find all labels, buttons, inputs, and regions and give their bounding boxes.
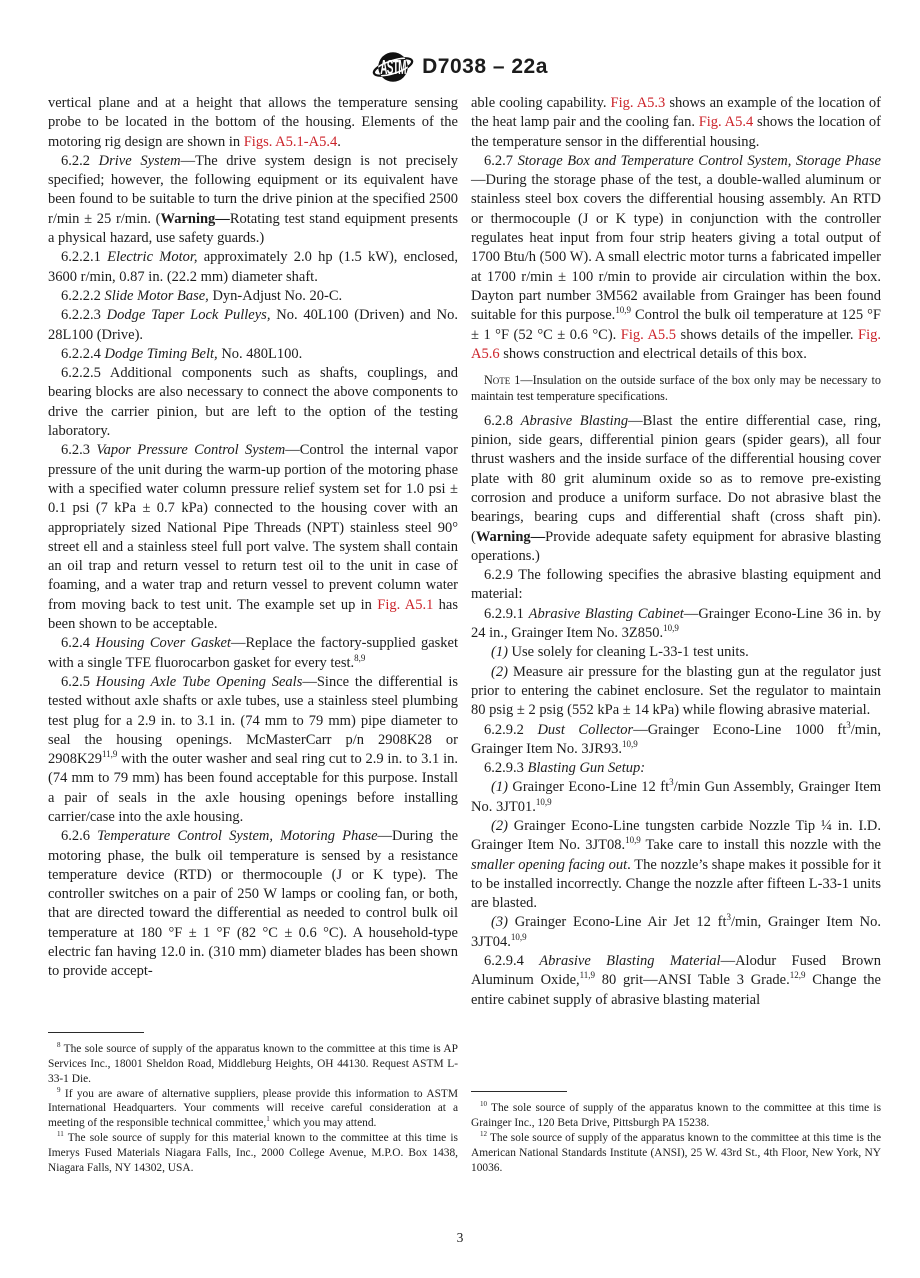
text-run: 6.2.5 — [61, 674, 96, 690]
footnote: 10 The sole source of supply of the appa… — [471, 1101, 881, 1131]
text-run: Drive System — [99, 153, 181, 169]
paragraph: 6.2.2.5 Additional components such as sh… — [48, 364, 458, 441]
text-run: (2) — [491, 664, 508, 680]
text-run: 10,9 — [622, 739, 638, 749]
text-run: Note — [484, 373, 510, 387]
text-run: Dodge Taper Lock Pulleys, — [107, 307, 271, 323]
footnote: 12 The sole source of supply of the appa… — [471, 1131, 881, 1176]
text-run: Blasting Gun Setup: — [528, 760, 646, 776]
page-number: 3 — [0, 1230, 920, 1246]
text-run: Grainger Econo-Line Air Jet 12 ft — [508, 914, 727, 930]
footnote: 8 The sole source of supply of the appar… — [48, 1042, 458, 1087]
text-run: Temperature Control System, Motoring Pha… — [97, 828, 377, 844]
text-run: Grainger Econo-Line 12 ft — [508, 779, 669, 795]
paragraph: (2) Measure air pressure for the blastin… — [471, 663, 881, 721]
text-run: Electric Motor, — [107, 249, 197, 265]
paragraph: (1) Grainger Econo-Line 12 ft3/min Gun A… — [471, 778, 881, 817]
text-run: 6.2.7 — [484, 153, 518, 169]
figure-link[interactable]: Fig. A5.4 — [699, 114, 754, 130]
text-run: Abrasive Blasting Cabinet — [529, 606, 684, 622]
text-run: 10,9 — [536, 797, 552, 807]
text-run: 6.2.2 — [61, 153, 99, 169]
text-run: Slide Motor Base, — [105, 288, 209, 304]
paragraph: 6.2.2.3 Dodge Taper Lock Pulleys, No. 40… — [48, 306, 458, 345]
paragraph: 6.2.4 Housing Cover Gasket—Replace the f… — [48, 634, 458, 673]
text-run: The sole source of supply of the apparat… — [471, 1132, 881, 1174]
text-run: Abrasive Blasting Material — [539, 953, 720, 969]
paragraph: (3) Grainger Econo-Line Air Jet 12 ft3/m… — [471, 913, 881, 952]
paragraph: 6.2.2.2 Slide Motor Base, Dyn-Adjust No.… — [48, 287, 458, 306]
right-column: able cooling capability. Fig. A5.3 shows… — [471, 94, 881, 1176]
svg-text:ASTM: ASTM — [380, 57, 406, 78]
text-run: If you are aware of alternative supplier… — [48, 1088, 458, 1130]
text-run: Dyn-Adjust No. 20-C. — [209, 288, 342, 304]
text-run: —During the motoring phase, the bulk oil… — [48, 828, 458, 979]
paragraph: 6.2.9.1 Abrasive Blasting Cabinet—Graing… — [471, 605, 881, 644]
paragraph: (1) Use solely for cleaning L-33-1 test … — [471, 643, 881, 662]
paragraph: able cooling capability. Fig. A5.3 shows… — [471, 94, 881, 152]
text-run: —Grainger Econo-Line 1000 ft — [633, 722, 846, 738]
paragraph: 6.2.3 Vapor Pressure Control System—Cont… — [48, 441, 458, 634]
text-run: —Blast the entire differential case, rin… — [471, 413, 881, 545]
text-run: —Control the internal vapor pressure of … — [48, 442, 458, 612]
text-run: with the outer washer and seal ring cut … — [48, 751, 458, 825]
paragraph: 6.2.2.1 Electric Motor, approximately 2.… — [48, 248, 458, 287]
text-run: 1—Insulation on the outside surface of t… — [471, 373, 881, 403]
paragraph: 6.2.8 Abrasive Blasting—Blast the entire… — [471, 412, 881, 566]
text-run: (2) — [491, 818, 508, 834]
paragraph: 6.2.2 Drive System—The drive system desi… — [48, 152, 458, 248]
paragraph: vertical plane and at a height that allo… — [48, 94, 458, 152]
text-run: (1) — [491, 779, 508, 795]
text-run: 6.2.2.3 — [61, 307, 107, 323]
text-run: 6.2.2.5 Additional components such as sh… — [48, 365, 458, 439]
text-run: 6.2.9.3 — [484, 760, 528, 776]
text-run: smaller opening facing out — [471, 857, 627, 873]
paragraph: 6.2.9.4 Abrasive Blasting Material—Alodu… — [471, 952, 881, 1010]
paragraph: 6.2.9.2 Dust Collector—Grainger Econo-Li… — [471, 721, 881, 760]
text-run: 6.2.9.2 — [484, 722, 537, 738]
text-run: 10,9 — [615, 305, 631, 315]
text-run: 11,9 — [102, 749, 117, 759]
paragraph: 6.2.9.3 Blasting Gun Setup: — [471, 759, 881, 778]
right-column-text: able cooling capability. Fig. A5.3 shows… — [471, 94, 881, 1010]
figure-link[interactable]: Fig. A5.5 — [621, 327, 676, 343]
text-run: The sole source of supply of the apparat… — [48, 1043, 458, 1085]
text-run: Housing Axle Tube Opening Seals — [96, 674, 303, 690]
text-run: (1) — [491, 644, 508, 660]
text-run: 6.2.2.1 — [61, 249, 107, 265]
text-run: —During the storage phase of the test, a… — [471, 172, 881, 323]
figure-link[interactable]: Figs. A5.1-A5.4 — [244, 134, 337, 150]
text-run: 6.2.9 The following specifies the abrasi… — [471, 567, 881, 602]
left-column: vertical plane and at a height that allo… — [48, 94, 458, 1176]
text-run: 6.2.3 — [61, 442, 96, 458]
standard-designation: D7038 – 22a — [422, 55, 548, 79]
paragraph: 6.2.6 Temperature Control System, Motori… — [48, 827, 458, 981]
text-run: Abrasive Blasting — [521, 413, 629, 429]
figure-link[interactable]: Fig. A5.3 — [611, 95, 666, 111]
footnote: 9 If you are aware of alternative suppli… — [48, 1087, 458, 1132]
figure-link[interactable]: Fig. A5.1 — [377, 597, 433, 613]
text-run: . — [337, 134, 341, 150]
text-run: 11,9 — [580, 971, 595, 981]
astm-logo-icon: ASTM — [372, 47, 414, 87]
text-run: 6.2.2.4 — [61, 346, 105, 362]
text-run: Measure air pressure for the blasting gu… — [471, 664, 881, 719]
text-run: 6.2.4 — [61, 635, 95, 651]
paragraph: 6.2.5 Housing Axle Tube Opening Seals—Si… — [48, 673, 458, 827]
text-run: No. 480L100. — [218, 346, 303, 362]
text-run: which you may attend. — [270, 1117, 377, 1129]
text-run: 11 — [57, 1130, 64, 1138]
text-run: Vapor Pressure Control System — [96, 442, 285, 458]
footnote-separator — [471, 1091, 567, 1092]
text-run: 6.2.9.1 — [484, 606, 529, 622]
text-run: Storage Box and Temperature Control Syst… — [518, 153, 881, 169]
text-run: Dust Collector — [537, 722, 633, 738]
text-run: Use solely for cleaning L-33-1 test unit… — [508, 644, 749, 660]
text-run: 6.2.2.2 — [61, 288, 105, 304]
text-run: Warning— — [476, 529, 545, 545]
paragraph: (2) Grainger Econo-Line tungsten carbide… — [471, 817, 881, 913]
text-run: shows construction and electrical detail… — [500, 346, 807, 362]
text-run: shows details of the impeller. — [676, 327, 858, 343]
text-run: The sole source of supply for this mater… — [48, 1132, 458, 1174]
text-run: 8,9 — [354, 653, 365, 663]
page-header: ASTM D7038 – 22a — [0, 46, 920, 88]
text-run: 12,9 — [790, 971, 806, 981]
text-run: Housing Cover Gasket — [95, 635, 231, 651]
footnote: 11 The sole source of supply for this ma… — [48, 1131, 458, 1176]
left-footnotes-text: 8 The sole source of supply of the appar… — [48, 1042, 458, 1176]
right-footnotes: 10 The sole source of supply of the appa… — [471, 1091, 881, 1176]
text-run: able cooling capability. — [471, 95, 611, 111]
text-run: Take care to install this nozzle with th… — [641, 837, 881, 853]
text-run: 80 grit—ANSI Table 3 Grade. — [595, 972, 790, 988]
text-run: 6.2.9.4 — [484, 953, 539, 969]
footnote-separator — [48, 1032, 144, 1033]
right-footnotes-text: 10 The sole source of supply of the appa… — [471, 1101, 881, 1176]
left-footnotes: 8 The sole source of supply of the appar… — [48, 1032, 458, 1176]
text-run: 12 — [480, 1130, 487, 1138]
text-run: The sole source of supply of the apparat… — [471, 1102, 881, 1129]
note-paragraph: Note 1—Insulation on the outside surface… — [471, 373, 881, 405]
paragraph: 6.2.2.4 Dodge Timing Belt, No. 480L100. — [48, 345, 458, 364]
text-run: Dodge Timing Belt, — [105, 346, 218, 362]
two-column-body: vertical plane and at a height that allo… — [0, 94, 920, 1176]
paragraph: 6.2.9 The following specifies the abrasi… — [471, 566, 881, 605]
text-run: 6.2.6 — [61, 828, 97, 844]
text-run: 10 — [480, 1101, 487, 1109]
document-page: { "header": { "title": "D7038 – 22a", "l… — [0, 46, 920, 1278]
left-column-text: vertical plane and at a height that allo… — [48, 94, 458, 982]
text-run: 6.2.8 — [484, 413, 521, 429]
text-run: 10,9 — [511, 932, 527, 942]
paragraph: 6.2.7 Storage Box and Temperature Contro… — [471, 152, 881, 364]
text-run: Warning— — [161, 211, 230, 227]
text-run: 10,9 — [625, 835, 641, 845]
text-run: (3) — [491, 914, 508, 930]
text-run: 10,9 — [663, 623, 679, 633]
